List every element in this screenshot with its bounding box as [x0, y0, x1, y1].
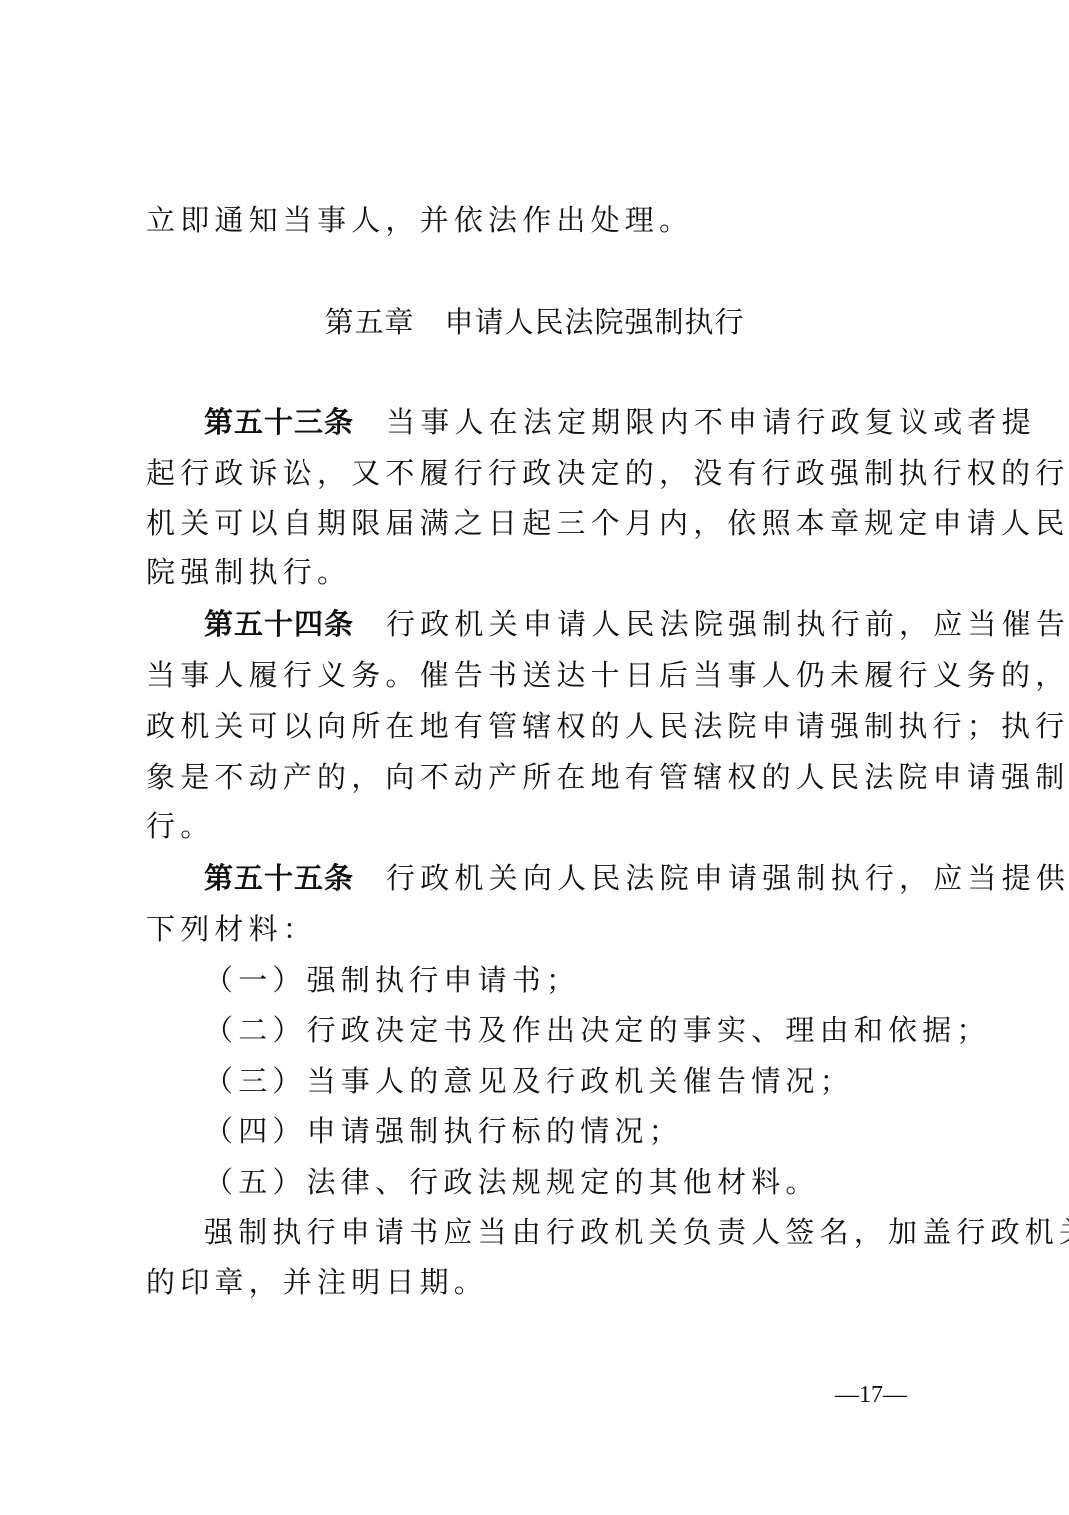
article-55-closing-line-1: 强制执行申请书应当由行政机关负责人签名，加盖行政机关	[204, 1215, 1069, 1249]
article-55-line-2: 下列材料：	[146, 912, 317, 946]
article-55-label: 第五十五条	[204, 861, 354, 895]
article-54-line-2: 当事人履行义务。催告书送达十日后当事人仍未履行义务的，行	[146, 658, 1069, 692]
article-53-line-1: 第五十三条当事人在法定期限内不申请行政复议或者提	[204, 405, 1036, 439]
article-55-closing-line-2: 的印章，并注明日期。	[146, 1265, 488, 1299]
article-53-line-3: 机关可以自期限届满之日起三个月内，依照本章规定申请人民法	[146, 506, 1069, 540]
list-item: （一）强制执行申请书；	[204, 963, 580, 997]
chapter-heading: 第五章申请人民法院强制执行	[0, 302, 1069, 342]
continuation-text: 立即通知当事人，并依法作出处理。	[146, 203, 693, 237]
article-54-line-5: 行。	[146, 809, 214, 843]
article-53-label: 第五十三条	[204, 405, 354, 439]
list-item: （二）行政决定书及作出决定的事实、理由和依据；	[204, 1013, 991, 1047]
list-item: （五）法律、行政法规规定的其他材料。	[204, 1165, 820, 1199]
article-53-line-2: 起行政诉讼，又不履行行政决定的，没有行政强制执行权的行政	[146, 456, 1069, 490]
list-item: （四）申请强制执行标的情况；	[204, 1114, 683, 1148]
article-54-line-4: 象是不动产的，向不动产所在地有管辖权的人民法院申请强制执	[146, 760, 1069, 794]
chapter-title: 申请人民法院强制执行	[445, 305, 745, 339]
list-item: （三）当事人的意见及行政机关催告情况；	[204, 1064, 854, 1098]
article-53-line-4: 院强制执行。	[146, 555, 351, 589]
article-54-label: 第五十四条	[204, 607, 354, 641]
article-55-line-1: 第五十五条行政机关向人民法院申请强制执行，应当提供	[204, 861, 1069, 895]
article-54-line-1: 第五十四条行政机关申请人民法院强制执行前，应当催告	[204, 607, 1069, 641]
chapter-number: 第五章	[324, 305, 414, 339]
article-54-line-3: 政机关可以向所在地有管辖权的人民法院申请强制执行；执行对	[146, 709, 1069, 743]
document-page: 立即通知当事人，并依法作出处理。 第五章申请人民法院强制执行 第五十三条当事人在…	[0, 0, 1069, 1515]
page-number: —17—	[835, 1380, 907, 1410]
